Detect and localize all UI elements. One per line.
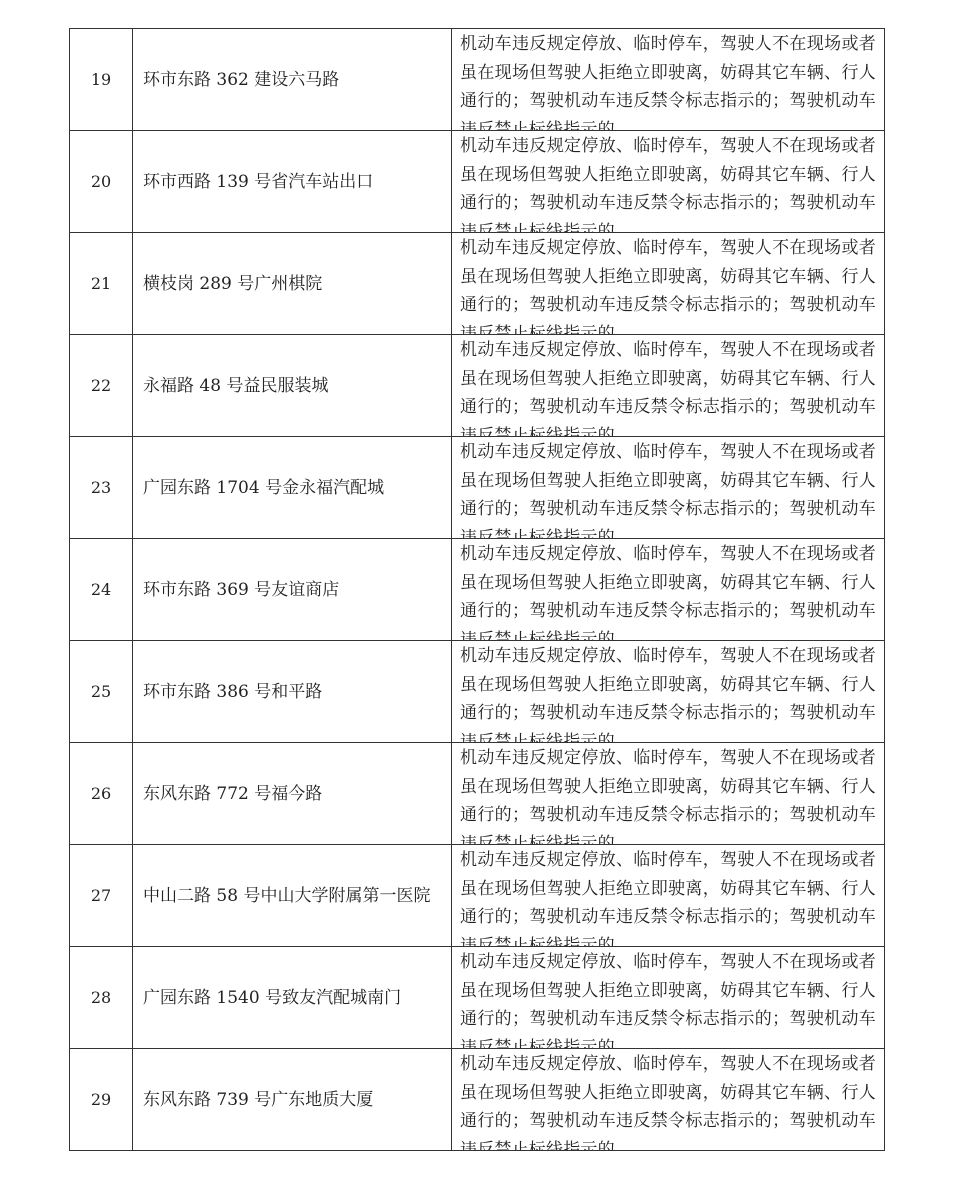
location-cell: 永福路 48 号益民服装城 xyxy=(133,335,452,437)
violation-locations-table: 19 环市东路 362 建设六马路 机动车违反规定停放、临时停车，驾驶人不在现场… xyxy=(69,28,885,1151)
location-cell: 横枝岗 289 号广州棋院 xyxy=(133,233,452,335)
violation-text: 机动车违反规定停放、临时停车，驾驶人不在现场或者虽在现场但驾驶人拒绝立即驶离，妨… xyxy=(452,743,884,844)
violation-cell: 机动车违反规定停放、临时停车，驾驶人不在现场或者虽在现场但驾驶人拒绝立即驶离，妨… xyxy=(452,335,885,437)
violation-text: 机动车违反规定停放、临时停车，驾驶人不在现场或者虽在现场但驾驶人拒绝立即驶离，妨… xyxy=(452,233,884,334)
row-number: 26 xyxy=(70,743,133,845)
violation-cell: 机动车违反规定停放、临时停车，驾驶人不在现场或者虽在现场但驾驶人拒绝立即驶离，妨… xyxy=(452,539,885,641)
table-row: 25 环市东路 386 号和平路 机动车违反规定停放、临时停车，驾驶人不在现场或… xyxy=(70,641,885,743)
violation-text: 机动车违反规定停放、临时停车，驾驶人不在现场或者虽在现场但驾驶人拒绝立即驶离，妨… xyxy=(452,131,884,232)
violation-text: 机动车违反规定停放、临时停车，驾驶人不在现场或者虽在现场但驾驶人拒绝立即驶离，妨… xyxy=(452,29,884,130)
table-row: 19 环市东路 362 建设六马路 机动车违反规定停放、临时停车，驾驶人不在现场… xyxy=(70,29,885,131)
violation-cell: 机动车违反规定停放、临时停车，驾驶人不在现场或者虽在现场但驾驶人拒绝立即驶离，妨… xyxy=(452,1049,885,1151)
location-cell: 环市东路 369 号友谊商店 xyxy=(133,539,452,641)
table-row: 27 中山二路 58 号中山大学附属第一医院 机动车违反规定停放、临时停车，驾驶… xyxy=(70,845,885,947)
violation-cell: 机动车违反规定停放、临时停车，驾驶人不在现场或者虽在现场但驾驶人拒绝立即驶离，妨… xyxy=(452,437,885,539)
table-row: 24 环市东路 369 号友谊商店 机动车违反规定停放、临时停车，驾驶人不在现场… xyxy=(70,539,885,641)
violation-cell: 机动车违反规定停放、临时停车，驾驶人不在现场或者虽在现场但驾驶人拒绝立即驶离，妨… xyxy=(452,845,885,947)
violation-cell: 机动车违反规定停放、临时停车，驾驶人不在现场或者虽在现场但驾驶人拒绝立即驶离，妨… xyxy=(452,641,885,743)
row-number: 22 xyxy=(70,335,133,437)
row-number: 20 xyxy=(70,131,133,233)
violation-text: 机动车违反规定停放、临时停车，驾驶人不在现场或者虽在现场但驾驶人拒绝立即驶离，妨… xyxy=(452,845,884,946)
violation-text: 机动车违反规定停放、临时停车，驾驶人不在现场或者虽在现场但驾驶人拒绝立即驶离，妨… xyxy=(452,947,884,1048)
table-row: 28 广园东路 1540 号致友汽配城南门 机动车违反规定停放、临时停车，驾驶人… xyxy=(70,947,885,1049)
location-cell: 广园东路 1540 号致友汽配城南门 xyxy=(133,947,452,1049)
violation-text: 机动车违反规定停放、临时停车，驾驶人不在现场或者虽在现场但驾驶人拒绝立即驶离，妨… xyxy=(452,641,884,742)
table-row: 29 东风东路 739 号广东地质大厦 机动车违反规定停放、临时停车，驾驶人不在… xyxy=(70,1049,885,1151)
row-number: 29 xyxy=(70,1049,133,1151)
location-cell: 环市东路 362 建设六马路 xyxy=(133,29,452,131)
location-cell: 东风东路 772 号福今路 xyxy=(133,743,452,845)
row-number: 21 xyxy=(70,233,133,335)
table-row: 26 东风东路 772 号福今路 机动车违反规定停放、临时停车，驾驶人不在现场或… xyxy=(70,743,885,845)
violation-text: 机动车违反规定停放、临时停车，驾驶人不在现场或者虽在现场但驾驶人拒绝立即驶离，妨… xyxy=(452,437,884,538)
row-number: 24 xyxy=(70,539,133,641)
table-row: 20 环市西路 139 号省汽车站出口 机动车违反规定停放、临时停车，驾驶人不在… xyxy=(70,131,885,233)
violation-text: 机动车违反规定停放、临时停车，驾驶人不在现场或者虽在现场但驾驶人拒绝立即驶离，妨… xyxy=(452,539,884,640)
violation-cell: 机动车违反规定停放、临时停车，驾驶人不在现场或者虽在现场但驾驶人拒绝立即驶离，妨… xyxy=(452,947,885,1049)
document-page: 19 环市东路 362 建设六马路 机动车违反规定停放、临时停车，驾驶人不在现场… xyxy=(0,0,954,1180)
row-number: 19 xyxy=(70,29,133,131)
location-cell: 中山二路 58 号中山大学附属第一医院 xyxy=(133,845,452,947)
violation-cell: 机动车违反规定停放、临时停车，驾驶人不在现场或者虽在现场但驾驶人拒绝立即驶离，妨… xyxy=(452,29,885,131)
table-row: 22 永福路 48 号益民服装城 机动车违反规定停放、临时停车，驾驶人不在现场或… xyxy=(70,335,885,437)
location-cell: 环市东路 386 号和平路 xyxy=(133,641,452,743)
table-row: 21 横枝岗 289 号广州棋院 机动车违反规定停放、临时停车，驾驶人不在现场或… xyxy=(70,233,885,335)
violation-text: 机动车违反规定停放、临时停车，驾驶人不在现场或者虽在现场但驾驶人拒绝立即驶离，妨… xyxy=(452,1049,884,1150)
location-cell: 东风东路 739 号广东地质大厦 xyxy=(133,1049,452,1151)
violation-cell: 机动车违反规定停放、临时停车，驾驶人不在现场或者虽在现场但驾驶人拒绝立即驶离，妨… xyxy=(452,743,885,845)
violation-cell: 机动车违反规定停放、临时停车，驾驶人不在现场或者虽在现场但驾驶人拒绝立即驶离，妨… xyxy=(452,131,885,233)
violation-cell: 机动车违反规定停放、临时停车，驾驶人不在现场或者虽在现场但驾驶人拒绝立即驶离，妨… xyxy=(452,233,885,335)
table-row: 23 广园东路 1704 号金永福汽配城 机动车违反规定停放、临时停车，驾驶人不… xyxy=(70,437,885,539)
row-number: 23 xyxy=(70,437,133,539)
row-number: 27 xyxy=(70,845,133,947)
location-cell: 广园东路 1704 号金永福汽配城 xyxy=(133,437,452,539)
row-number: 28 xyxy=(70,947,133,1049)
row-number: 25 xyxy=(70,641,133,743)
location-cell: 环市西路 139 号省汽车站出口 xyxy=(133,131,452,233)
violation-text: 机动车违反规定停放、临时停车，驾驶人不在现场或者虽在现场但驾驶人拒绝立即驶离，妨… xyxy=(452,335,884,436)
